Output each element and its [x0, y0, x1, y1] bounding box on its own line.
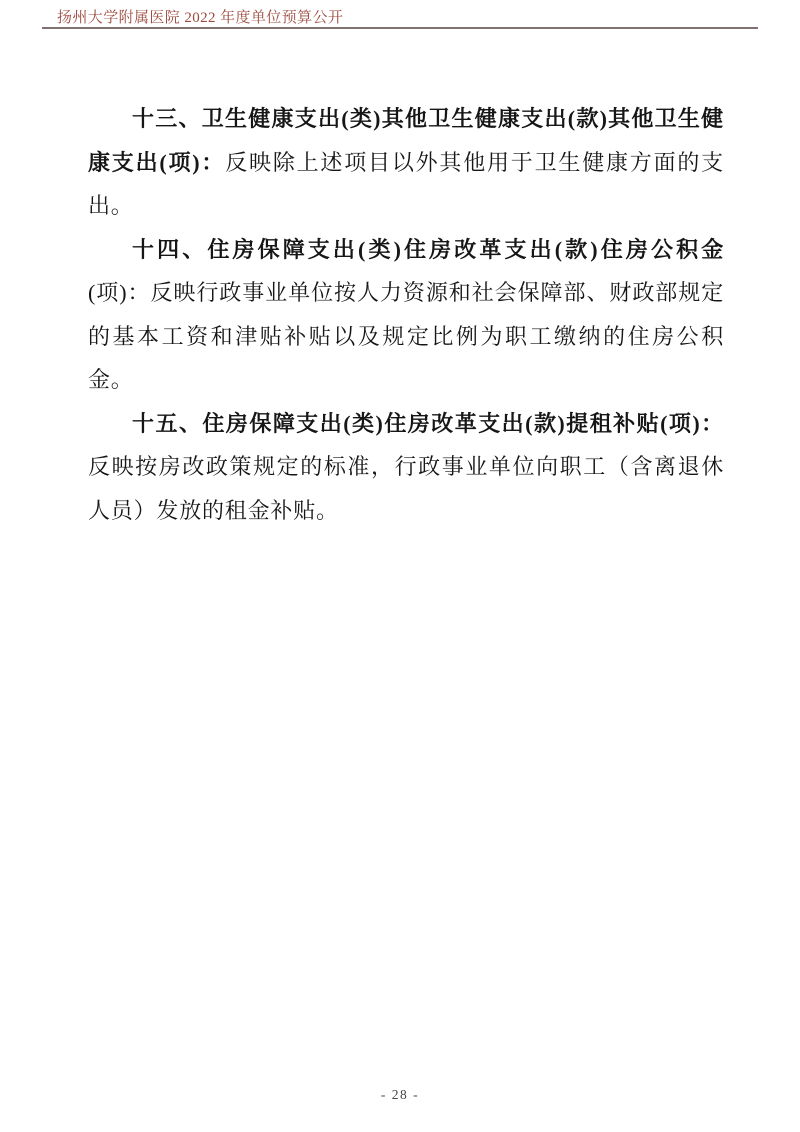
paragraph-14-heading: 十四、住房保障支出(类)住房改革支出(款)住房公积金 — [132, 237, 724, 262]
paragraph-item-13: 十三、卫生健康支出(类)其他卫生健康支出(款)其他卫生健康支出(项)：反映除上述… — [88, 97, 724, 228]
document-page: 扬州大学附属医院 2022 年度单位预算公开 十三、卫生健康支出(类)其他卫生健… — [0, 0, 800, 1132]
header-rule — [42, 27, 758, 29]
page-number: - 28 - — [0, 1087, 800, 1103]
paragraph-item-15: 十五、住房保障支出(类)住房改革支出(款)提租补贴(项)：反映按房改政策规定的标… — [88, 402, 724, 533]
paragraph-14-text: (项)：反映行政事业单位按人力资源和社会保障部、财政部规定的基本工资和津贴补贴以… — [88, 280, 724, 392]
paragraph-15-heading: 十五、住房保障支出(类)住房改革支出(款)提租补贴(项)： — [132, 411, 724, 436]
paragraph-item-14: 十四、住房保障支出(类)住房改革支出(款)住房公积金(项)：反映行政事业单位按人… — [88, 228, 724, 402]
page-header-title: 扬州大学附属医院 2022 年度单位预算公开 — [57, 9, 343, 27]
paragraph-15-text: 反映按房改政策规定的标准，行政事业单位向职工（含离退休人员）发放的租金补贴。 — [88, 454, 724, 523]
document-body: 十三、卫生健康支出(类)其他卫生健康支出(款)其他卫生健康支出(项)：反映除上述… — [88, 97, 724, 532]
